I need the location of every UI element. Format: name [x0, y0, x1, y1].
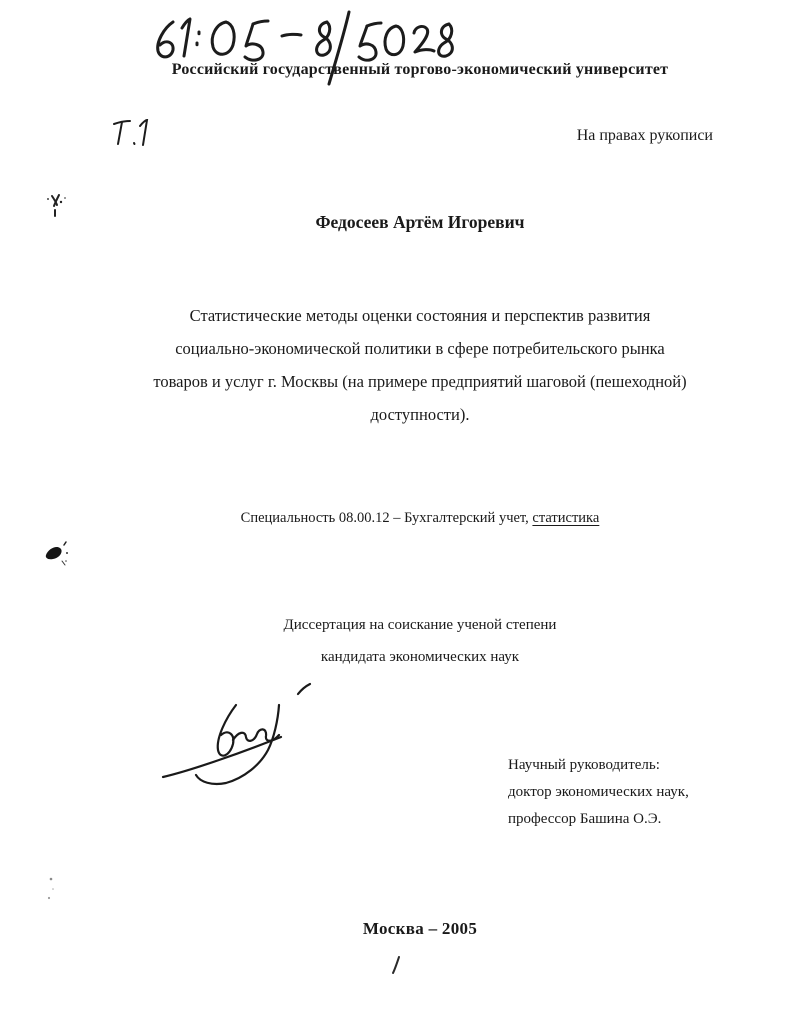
specialty-line: Специальность 08.00.12 – Бухгалтерский у…	[45, 510, 795, 527]
handwritten-catalog-number	[140, 2, 485, 92]
handwritten-volume-mark	[110, 116, 152, 150]
ink-smudge-icon	[38, 186, 78, 226]
author-name: Федосеев Артём Игоревич	[45, 212, 795, 233]
specialty-statistics-underlined: статистика	[532, 510, 599, 526]
title-line-3: товаров и услуг г. Москвы (на примере пр…	[45, 365, 795, 398]
supervisor-line-3: профессор Башина О.Э.	[508, 806, 689, 833]
faint-specks-icon	[44, 874, 60, 904]
supervisor-line-2: доктор экономических наук,	[508, 779, 689, 806]
imprint-city-year: Москва – 2005	[45, 919, 795, 939]
dissertation-title: Статистические методы оценки состояния и…	[45, 299, 795, 431]
degree-statement: Диссертация на соискание ученой степени …	[45, 609, 795, 673]
supervisor-block: Научный руководитель: доктор экономическ…	[508, 752, 689, 833]
title-line-1: Статистические методы оценки состояния и…	[45, 299, 795, 332]
stray-slash-mark	[390, 954, 402, 976]
title-line-4: доступности).	[45, 398, 795, 431]
manuscript-note: На правах рукописи	[577, 127, 713, 145]
supervisor-line-1: Научный руководитель:	[508, 752, 689, 779]
ink-blot-icon	[40, 539, 76, 569]
degree-line-1: Диссертация на соискание ученой степени	[45, 609, 795, 641]
dissertation-title-page: Российский государственный торгово-эконо…	[0, 0, 795, 1027]
specialty-text: Специальность 08.00.12 – Бухгалтерский у…	[241, 510, 533, 526]
title-line-2: социально-экономической политики в сфере…	[45, 332, 795, 365]
signature	[148, 680, 338, 795]
degree-line-2: кандидата экономических наук	[45, 641, 795, 673]
